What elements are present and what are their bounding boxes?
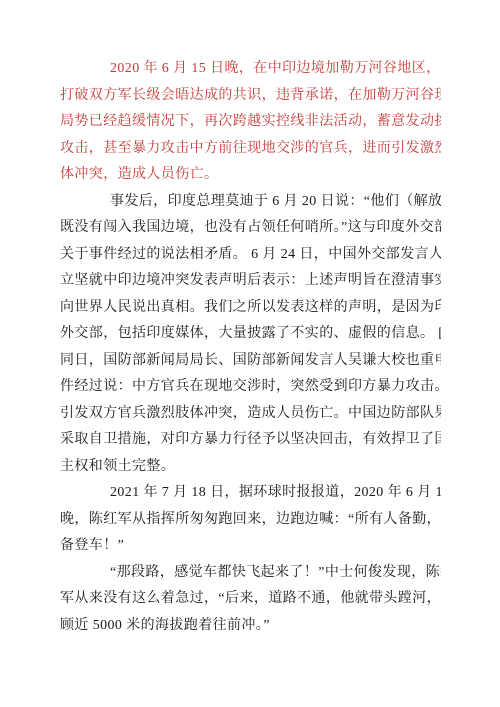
- document-body: 2020 年 6 月 15 日晚，在中印边境加勒万河谷地区，印军打破双方军长级会…: [60, 56, 441, 639]
- paragraph-official-statements: 事发后，印度总理莫迪于 6 月 20 日说：“他们（解放军）既没有闯入我国边境，…: [60, 189, 441, 481]
- text-line: 攻击，甚至暴力攻击中方前往现地交涉的官兵，进而引发激烈肢: [60, 136, 441, 163]
- text-line: 立坚就中印边境冲突发表声明后表示：上述声明旨在澄清事实，: [60, 268, 441, 295]
- text-line: 事发后，印度总理莫迪于 6 月 20 日说：“他们（解放军）: [60, 189, 441, 216]
- paragraph-incident-summary: 2020 年 6 月 15 日晚，在中印边境加勒万河谷地区，印军打破双方军长级会…: [60, 56, 441, 189]
- text-line: 局势已经趋缓情况下，再次跨越实控线非法活动，蓄意发动挑衅: [60, 109, 441, 136]
- document-page: 2020 年 6 月 15 日晚，在中印边境加勒万河谷地区，印军打破双方军长级会…: [0, 0, 500, 707]
- text-line: 采取自卫措施，对印方暴力行径予以坚决回击，有效捍卫了国家: [60, 427, 441, 454]
- text-line: 向世界人民说出真相。我们之所以发表这样的声明，是因为印度: [60, 295, 441, 322]
- text-line: 引发双方官兵激烈肢体冲突，造成人员伤亡。中国边防部队果断: [60, 401, 441, 428]
- text-line: 关于事件经过的说法相矛盾。 6 月 24 日，中国外交部发言人赵: [60, 242, 441, 269]
- text-line: 主权和领土完整。: [60, 454, 441, 481]
- text-line: 军从来没有这么着急过，“后来，道路不通，他就带头蹚河，不: [60, 586, 441, 613]
- text-line: 体冲突，造成人员伤亡。: [60, 162, 441, 189]
- text-line: 外交部，包括印度媒体，大量披露了不实的、虚假的信息。 [8]: [60, 321, 441, 348]
- text-line: 既没有闯入我国边境，也没有占领任何哨所。”这与印度外交部: [60, 215, 441, 242]
- text-line: 同日，国防部新闻局局长、国防部新闻发言人吴谦大校也重申事: [60, 348, 441, 375]
- text-line: 顾近 5000 米的海拔跑着往前冲。”: [60, 613, 441, 640]
- text-line: 2020 年 6 月 15 日晚，在中印边境加勒万河谷地区，印军: [60, 56, 441, 83]
- paragraph-sergeant-quote: “那段路，感觉车都快飞起来了！”中士何俊发现，陈红军从来没有这么着急过，“后来，…: [60, 560, 441, 640]
- text-line: 晚，陈红军从指挥所匆匆跑回来，边跑边喊：“所有人备勤，准: [60, 507, 441, 534]
- text-line: 2021 年 7 月 18 日，据环球时报报道，2020 年 6 月 15 日: [60, 480, 441, 507]
- text-line: 件经过说：中方官兵在现地交涉时，突然受到印方暴力攻击。这: [60, 374, 441, 401]
- text-line: “那段路，感觉车都快飞起来了！”中士何俊发现，陈红: [60, 560, 441, 587]
- text-line: 备登车！”: [60, 533, 441, 560]
- text-line: 打破双方军长级会晤达成的共识，违背承诺，在加勒万河谷现地: [60, 83, 441, 110]
- paragraph-global-times-report: 2021 年 7 月 18 日，据环球时报报道，2020 年 6 月 15 日晚…: [60, 480, 441, 560]
